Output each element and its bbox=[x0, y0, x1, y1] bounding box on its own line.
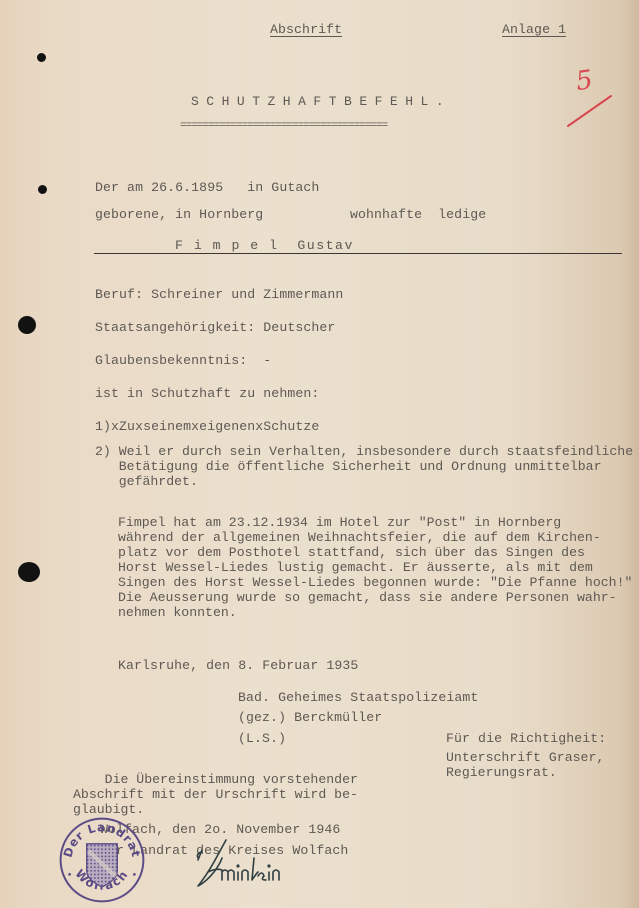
reason-1-struck: 1)xZuxseinemxeigenenxSchutze bbox=[95, 419, 319, 434]
correctness-label: Für die Richtigheit: bbox=[446, 731, 606, 746]
certification-line: Die Übereinstimmung vorstehender bbox=[73, 772, 358, 787]
punch-hole bbox=[38, 185, 47, 194]
birth-line: Der am 26.6.1895 in Gutach bbox=[95, 180, 319, 195]
issuing-authority: Bad. Geheimes Staatspolizeiamt bbox=[238, 690, 478, 705]
copy-label: Abschrift bbox=[270, 22, 342, 37]
religion-field: Glaubensbekenntnis: - bbox=[95, 353, 271, 368]
narrative-line: nehmen konnten. bbox=[118, 605, 237, 620]
punch-hole bbox=[37, 53, 46, 62]
attachment-label: Anlage 1 bbox=[502, 22, 566, 37]
title-double-rule: ===================================== bbox=[180, 120, 468, 132]
name-underline bbox=[94, 253, 622, 254]
nationality-field: Staatsangehörigkeit: Deutscher bbox=[95, 320, 335, 335]
correctness-signature-line: Regierungsrat. bbox=[446, 765, 557, 780]
narrative-line: während der allgemeinen Weihnachtsfeier,… bbox=[118, 530, 601, 545]
narrative-line: Fimpel hat am 23.12.1934 im Hotel zur "P… bbox=[118, 515, 561, 530]
narrative-line: Singen des Horst Wessel-Liedes begonnen … bbox=[118, 575, 632, 590]
reason-2-line: gefährdet. bbox=[95, 474, 198, 489]
narrative-line: platz vor dem Posthotel stattfand, sich … bbox=[118, 545, 585, 560]
red-slash-mark bbox=[565, 92, 615, 132]
signed-by: (gez.) Berckmüller bbox=[238, 710, 382, 725]
correctness-signature-line: Unterschrift Graser, bbox=[446, 750, 604, 765]
birthplace-line: geborene, in Hornberg bbox=[95, 207, 263, 222]
person-name: F i m p e l Gustav bbox=[175, 238, 354, 253]
punch-hole bbox=[18, 316, 36, 334]
narrative-line: Die Aeusserung wurde so gemacht, dass si… bbox=[118, 590, 617, 605]
official-stamp: Der Landrat Wolfach bbox=[57, 815, 147, 905]
punch-hole bbox=[18, 562, 40, 582]
document-title: SCHUTZHAFTBEFEHL. bbox=[191, 94, 451, 109]
seal-mark: (L.S.) bbox=[238, 731, 286, 746]
reason-2-line: Betätigung die öffentliche Sicherheit un… bbox=[95, 459, 601, 474]
certification-line: Abschrift mit der Urschrift wird be- bbox=[73, 787, 358, 802]
profession-field: Beruf: Schreiner und Zimmermann bbox=[95, 287, 343, 302]
custody-order-line: ist in Schutzhaft zu nehmen: bbox=[95, 386, 319, 401]
reason-2-line: 2) Weil er durch sein Verhalten, insbeso… bbox=[95, 444, 633, 459]
place-date: Karlsruhe, den 8. Februar 1935 bbox=[118, 658, 358, 673]
narrative-line: Horst Wessel-Liedes lustig gemacht. Er ä… bbox=[118, 560, 593, 575]
handwritten-signature bbox=[192, 838, 282, 893]
residence-line: wohnhafte ledige bbox=[350, 207, 486, 222]
